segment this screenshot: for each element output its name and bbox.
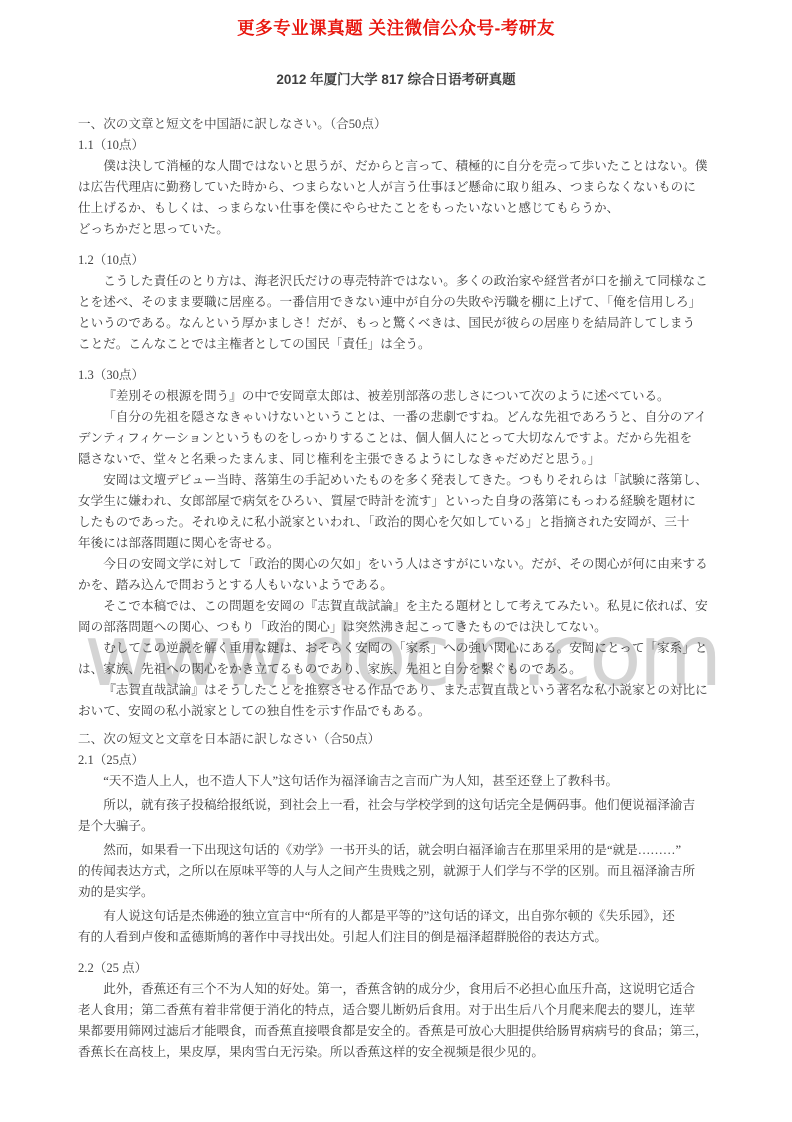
question-1-3-label: 1.3（30点） (78, 365, 722, 386)
question-2-2-label: 2.2（25 点） (78, 958, 722, 979)
question-1-3-paragraph: 今日の安岡文学に対して「政治的関心の欠如」をいう人はさすがにいない。だが、その関… (78, 554, 722, 596)
section-two-heading: 二、次の短文と文章を日本語に訳しなさい（合50点） (78, 729, 722, 750)
question-1-3-paragraph: むしてこの逆説を解く重用な鍵は、おそらく安岡の「家系」への強い関心にある。安岡に… (78, 638, 722, 680)
question-1-2-label: 1.2（10点） (78, 250, 722, 271)
question-2-1-paragraph: 有人说这句话是杰佛逊的独立宣言中“所有的人都是平等的”这句话的译文，出自弥尔顿的… (78, 906, 722, 948)
question-1-1-paragraph: 僕は決して消極的な人間ではないと思うが、だからと言って、積極的に自分を売って歩い… (78, 156, 722, 240)
question-1-3-paragraph: 『志賀直哉試論』はそうしたことを推察させる作品であり、また志賀直哉という著名な私… (78, 680, 722, 722)
question-1-3-paragraph: 「自分の先祖を隠さなきゃいけないということは、一番の悲劇ですね。どんな先祖であろ… (78, 407, 722, 470)
section-one: 一、次の文章と短文を中国語に訳しなさい。（合50点） 1.1（10点） 僕は決し… (78, 114, 722, 722)
question-2-2: 2.2（25 点） 此外，香蕉还有三个不为人知的好处。第一，香蕉含钠的成分少，食… (78, 958, 722, 1063)
question-2-1-paragraph: 然而，如果看一下出现这句话的《劝学》一书开头的话，就会明白福泽谕吉在那里采用的是… (78, 840, 722, 903)
question-2-1: 2.1（25点） “天不造人上人，也不造人下人”这句话作为福泽谕吉之言而广为人知… (78, 750, 722, 948)
document-content: 更多专业课真题 关注微信公众号-考研友 2012 年厦门大学 817 综合日语考… (0, 0, 792, 1063)
question-2-1-paragraph: “天不造人上人，也不造人下人”这句话作为福泽谕吉之言而广为人知，甚至还登上了教科… (78, 771, 722, 792)
question-1-2-paragraph: こうした責任のとり方は、海老沢氏だけの専売特許ではない。多くの政治家や経営者が口… (78, 271, 722, 355)
document-page: www.docin.com 更多专业课真题 关注微信公众号-考研友 2012 年… (0, 0, 792, 1122)
question-2-1-label: 2.1（25点） (78, 750, 722, 771)
question-1-3-paragraph: そこで本稿では、この問題を安岡の『志賀直哉試論』を主たる題材として考えてみたい。… (78, 596, 722, 638)
question-1-3-paragraph: 『差別その根源を問う』の中で安岡章太郎は、被差別部落の悲しさについて次のように述… (78, 386, 722, 407)
section-two: 二、次の短文と文章を日本語に訳しなさい（合50点） 2.1（25点） “天不造人… (78, 729, 722, 1063)
section-one-heading: 一、次の文章と短文を中国語に訳しなさい。（合50点） (78, 114, 722, 135)
promo-banner: 更多专业课真题 关注微信公众号-考研友 (0, 0, 792, 40)
question-1-3-paragraph: 安岡は文壇デビュー当時、落第生の手記めいたものを多く発表してきた。つもりそれらは… (78, 470, 722, 554)
question-1-1-label: 1.1（10点） (78, 135, 722, 156)
question-1-1: 1.1（10点） 僕は決して消極的な人間ではないと思うが、だからと言って、積極的… (78, 135, 722, 240)
question-1-2: 1.2（10点） こうした責任のとり方は、海老沢氏だけの専売特許ではない。多くの… (78, 250, 722, 355)
question-2-2-paragraph: 此外，香蕉还有三个不为人知的好处。第一，香蕉含钠的成分少，食用后不必担心血压升高… (78, 979, 722, 1063)
page-title: 2012 年厦门大学 817 综合日语考研真题 (0, 68, 792, 88)
question-2-1-paragraph: 所以，就有孩子投稿给报纸说，到社会上一看，社会与学校学到的这句话完全是俩码事。他… (78, 795, 722, 837)
exam-body: 一、次の文章と短文を中国語に訳しなさい。（合50点） 1.1（10点） 僕は決し… (78, 114, 722, 1063)
question-1-3: 1.3（30点） 『差別その根源を問う』の中で安岡章太郎は、被差別部落の悲しさに… (78, 365, 722, 722)
